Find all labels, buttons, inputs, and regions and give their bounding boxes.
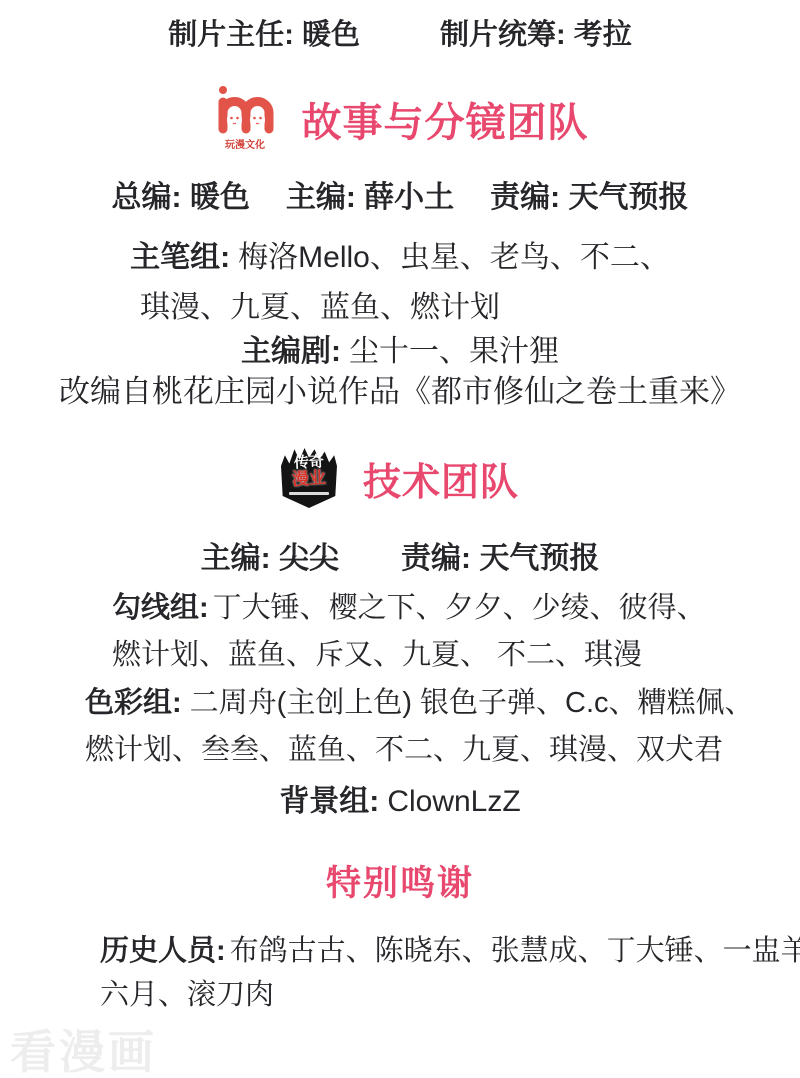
story-team-header: 玩漫文化 故事与分镜团队 <box>0 82 800 157</box>
tech-editors-row: 主编: 尖尖 责编: 天气预报 <box>0 533 800 577</box>
story-team-title: 故事与分镜团队 <box>302 91 589 148</box>
logo-caption: 玩漫文化 <box>225 138 265 151</box>
history-members-names-2: 六月、滚刀肉 <box>100 979 274 1011</box>
screenwriters-names: 尘十一、果汁狸 <box>349 335 559 368</box>
background-group-label: 背景组: <box>279 785 379 818</box>
legend-comics-badge-icon: 传奇 漫业 <box>281 448 337 508</box>
special-thanks-header: 特别鸣谢 <box>0 856 800 906</box>
lineart-group-line2: 燃计划、蓝鱼、斥又、九夏、 不二、琪漫 <box>112 632 642 673</box>
main-editor-credit: 主编: 薛小土 <box>286 172 454 216</box>
artists-group-line2: 琪漫、九夏、蓝鱼、燃计划 <box>140 282 500 326</box>
history-members-line2: 六月、滚刀肉 <box>100 972 274 1013</box>
tech-main-editor-credit: 主编: 尖尖 <box>201 533 339 577</box>
artists-group-names-2: 琪漫、九夏、蓝鱼、燃计划 <box>140 291 500 324</box>
artists-group-names-1: 梅洛Mello、虫星、老鸟、不二、 <box>238 241 670 274</box>
lineart-group-label: 勾线组: <box>112 592 209 624</box>
tech-team-title: 技术团队 <box>363 451 519 506</box>
story-editors-row: 总编: 暖色 主编: 薛小土 责编: 天气预报 <box>0 172 800 216</box>
lineart-group-names-2: 燃计划、蓝鱼、斥又、九夏、 不二、琪漫 <box>112 639 642 671</box>
duty-editor-credit: 责编: 天气预报 <box>490 172 688 216</box>
chief-editor-credit: 总编: 暖色 <box>112 172 250 216</box>
kanmanhua-watermark: 看漫画 <box>10 1016 157 1078</box>
background-group-line: 背景组:ClownLzZ <box>0 776 800 820</box>
tech-duty-editor-credit: 责编: 天气预报 <box>401 533 599 577</box>
badge-bottom-text: 漫业 <box>292 469 327 489</box>
lineart-group-names-1: 丁大锤、樱之下、夕夕、少绫、彼得、 <box>213 592 706 624</box>
background-group-names: ClownLzZ <box>387 785 520 818</box>
screenwriters-label: 主编剧: <box>241 335 341 368</box>
history-members-line1: 历史人员:布鸽古古、陈晓东、张慧成、丁大锤、一盅羊、 <box>100 928 800 969</box>
color-group-label: 色彩组: <box>85 687 182 719</box>
credits-page: 制片主任: 暖色 制片统筹: 考拉 <box>0 0 800 1078</box>
color-group-names-2: 燃计划、叁叁、蓝鱼、不二、九夏、琪漫、双犬君 <box>85 734 723 766</box>
production-coordinator-credit: 制片统筹: 考拉 <box>440 12 632 53</box>
special-thanks-title: 特别鸣谢 <box>326 864 474 903</box>
producer-director-credit: 制片主任: 暖色 <box>168 12 360 53</box>
lineart-group-line1: 勾线组:丁大锤、樱之下、夕夕、少绫、彼得、 <box>112 585 706 626</box>
history-members-label: 历史人员: <box>100 935 226 967</box>
artists-group-label: 主笔组: <box>130 241 230 274</box>
screenwriters-line: 主编剧:尘十一、果汁狸 <box>0 326 800 370</box>
history-members-names-1: 布鸽古古、陈晓东、张慧成、丁大锤、一盅羊、 <box>230 935 800 967</box>
color-group-names-1: 二周舟(主创上色) 银色子弹、C.c、糟糕佩、 <box>190 687 754 719</box>
badge-subtext-bar <box>289 492 329 495</box>
color-group-line2: 燃计划、叁叁、蓝鱼、不二、九夏、琪漫、双犬君 <box>85 727 723 768</box>
color-group-line1: 色彩组:二周舟(主创上色) 银色子弹、C.c、糟糕佩、 <box>85 680 754 721</box>
adaptation-note: 改编自桃花庄园小说作品《都市修仙之卷土重来》 <box>0 366 800 411</box>
tech-team-header: 传奇 漫业 技术团队 <box>0 448 800 508</box>
wanman-culture-logo-icon: 玩漫文化 <box>212 82 278 157</box>
production-line: 制片主任: 暖色 制片统筹: 考拉 <box>0 12 800 53</box>
artists-group-line1: 主笔组:梅洛Mello、虫星、老鸟、不二、 <box>0 232 800 276</box>
